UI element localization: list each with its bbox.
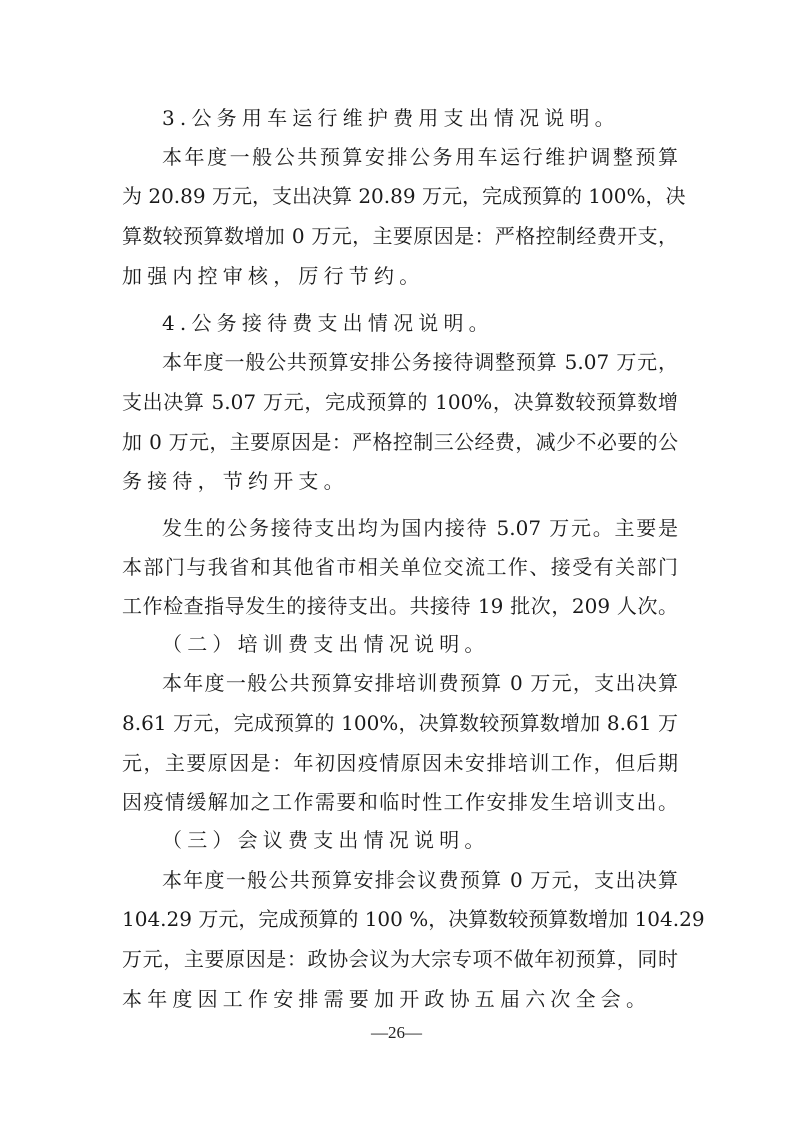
paragraph-line: 工作检查指导发生的接待支出。共接待 19 批次，209 人次。 (122, 592, 678, 620)
paragraph-line: 本部门与我省和其他省市相关单位交流工作、接受有关部门 (122, 553, 678, 581)
paragraph-line: 发生的公务接待支出均为国内接待 5.07 万元。主要是 (162, 514, 678, 542)
paragraph-line: 本年度一般公共预算安排公务用车运行维护调整预算 (162, 143, 678, 171)
paragraph-line: 支出决算 5.07 万元，完成预算的 100%，决算数较预算数增 (122, 388, 678, 416)
paragraph-line: 为 20.89 万元，支出决算 20.89 万元，完成预算的 100%，决 (122, 182, 678, 210)
paragraph-line: 104.29 万元，完成预算的 100 %，决算数较预算数增加 104.29 (122, 905, 678, 933)
paragraph-line: 8.61 万元，完成预算的 100%，决算数较预算数增加 8.61 万 (122, 709, 678, 737)
section-heading-meetings: （三）会议费支出情况说明。 (162, 826, 678, 854)
paragraph-line: 加强内控审核，厉行节约。 (122, 262, 678, 290)
paragraph-line: 本年度一般公共预算安排培训费预算 0 万元，支出决算 (162, 669, 678, 697)
paragraph-line: 务接待，节约开支。 (122, 467, 678, 495)
page-number: —26— (0, 1022, 793, 1044)
paragraph-line: 加 0 万元，主要原因是：严格控制三公经费，减少不必要的公 (122, 428, 678, 456)
paragraph-line: 算数较预算数增加 0 万元，主要原因是：严格控制经费开支， (122, 222, 678, 250)
section-heading-official-reception: 4.公务接待费支出情况说明。 (162, 309, 678, 337)
paragraph-line: 因疫情缓解加之工作需要和临时性工作安排发生培训支出。 (122, 788, 678, 816)
paragraph-line: 本年度一般公共预算安排会议费预算 0 万元，支出决算 (162, 866, 678, 894)
paragraph-line: 本年度因工作安排需要加开政协五届六次全会。 (122, 985, 678, 1013)
section-heading-training: （二）培训费支出情况说明。 (162, 630, 678, 658)
document-page: 3.公务用车运行维护费用支出情况说明。 本年度一般公共预算安排公务用车运行维护调… (0, 0, 793, 1122)
paragraph-line: 本年度一般公共预算安排公务接待调整预算 5.07 万元， (162, 348, 678, 376)
section-heading-vehicle-maintenance: 3.公务用车运行维护费用支出情况说明。 (162, 104, 678, 132)
paragraph-line: 万元，主要原因是：政协会议为大宗专项不做年初预算，同时 (122, 945, 678, 973)
paragraph-line: 元，主要原因是：年初因疫情原因未安排培训工作，但后期 (122, 749, 678, 777)
